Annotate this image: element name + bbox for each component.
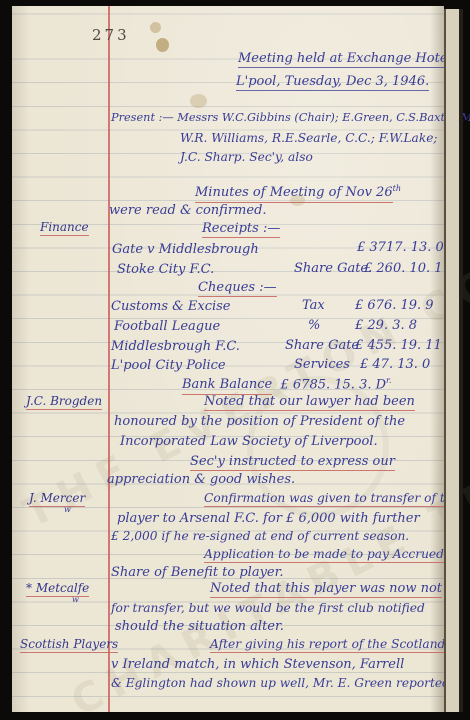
entry-line: After giving his report of the Scotland [210, 638, 445, 653]
entry-line: & Eglington had shown up well, Mr. E. Gr… [111, 677, 450, 689]
margin-note-scottish-players: Scottish Players [20, 638, 118, 653]
cheques-heading: Cheques :— [198, 281, 277, 297]
entry-line: should the situation alter. [115, 620, 284, 633]
book-page-edge [444, 9, 463, 712]
minutes-confirmed-line: were read & confirmed. [109, 204, 267, 217]
page-stain [150, 22, 161, 33]
receipt-item: Stoke City F.C. [117, 263, 214, 276]
cheque-amount: £ 676. 19. 9 [355, 299, 434, 312]
page-number: 273 [92, 26, 130, 44]
cheque-detail: % [308, 319, 320, 332]
entry-line: Noted that our lawyer had been [204, 395, 415, 411]
bank-balance-label: Bank Balance [182, 377, 272, 395]
cheque-detail: Share Gate [285, 339, 359, 352]
bank-balance-line: Bank Balance £ 6785. 15. 3. Dr. [182, 377, 392, 391]
entry-line: Noted that this player was now not [210, 582, 442, 598]
minutes-heading-text: Minutes of Meeting of Nov 26 [195, 185, 393, 203]
entry-line: Confirmation was given to transfer of th… [204, 492, 463, 507]
cheque-amount: £ 29. 3. 8 [355, 319, 417, 332]
cheque-item: Football League [114, 320, 220, 333]
bank-balance-sup: r. [386, 376, 392, 385]
entry-line: appreciation & good wishes. [107, 473, 295, 486]
present-line: W.R. Williams, R.E.Searle, C.C.; F.W.Lak… [180, 132, 438, 144]
margin-note-metcalfe: * Metcalfe [26, 582, 89, 597]
cheque-item: Middlesbrough F.C. [111, 340, 240, 353]
margin-note-finance: Finance [40, 221, 89, 236]
entry-line: Incorporated Law Society of Liverpool. [120, 435, 378, 448]
present-line: J.C. Sharp. Sec'y, also [180, 151, 313, 163]
margin-note-mark: w [64, 506, 71, 514]
entry-line: £ 2,000 if he re-signed at end of curren… [111, 530, 409, 542]
receipt-amount: £ 3717. 13. 0 [357, 241, 444, 254]
scanned-minute-book-photo: { "page": { "number": "273", "watermark_… [0, 0, 470, 720]
margin-note-mercer: J. Mercer [29, 492, 85, 507]
cheque-item: Customs & Excise [111, 300, 231, 313]
entry-line: honoured by the position of President of… [114, 415, 405, 428]
margin-note-brogden: J.C. Brogden [26, 395, 102, 410]
entry-line: player to Arsenal F.C. for £ 6,000 with … [117, 512, 420, 525]
minutes-heading-sup: th [393, 184, 401, 193]
page-stain [190, 94, 207, 108]
minutes-heading: Minutes of Meeting of Nov 26th [195, 185, 401, 199]
entry-line: v Ireland match, in which Stevenson, Far… [111, 658, 404, 671]
entry-line: Application to be made to pay Accrued [204, 548, 444, 563]
cheque-detail: Services [294, 358, 350, 371]
entry-line: Share of Benefit to player. [111, 566, 284, 579]
margin-rule-line [108, 6, 110, 712]
margin-note-mark: w [72, 596, 79, 604]
receipt-detail: Share Gate. [294, 262, 372, 275]
entry-line: for transfer, but we would be the first … [111, 602, 425, 614]
receipt-amount: £ 260. 10. 1 [364, 262, 443, 275]
cheque-amount: £ 455. 19. 11 [355, 339, 442, 352]
cheque-detail: Tax [302, 299, 325, 312]
page-stain [156, 38, 169, 52]
cheque-amount: £ 47. 13. 0 [360, 358, 430, 371]
cheque-item: L'pool City Police [111, 359, 226, 372]
entry-line: Sec'y instructed to express our [190, 455, 395, 471]
ledger-page: THE EVERTON COLLECTION CHARITABLE TRUST … [12, 6, 444, 712]
heading-date-line: L'pool, Tuesday, Dec 3, 1946. [236, 75, 429, 91]
receipts-heading: Receipts :— [202, 222, 280, 238]
receipt-item: Gate v Middlesbrough [112, 243, 259, 256]
present-line: Present :— Messrs W.C.Gibbins (Chair); E… [111, 112, 470, 123]
bank-balance-amount: £ 6785. 15. 3. D [281, 377, 387, 392]
heading-line: Meeting held at Exchange Hotel, [238, 52, 456, 68]
